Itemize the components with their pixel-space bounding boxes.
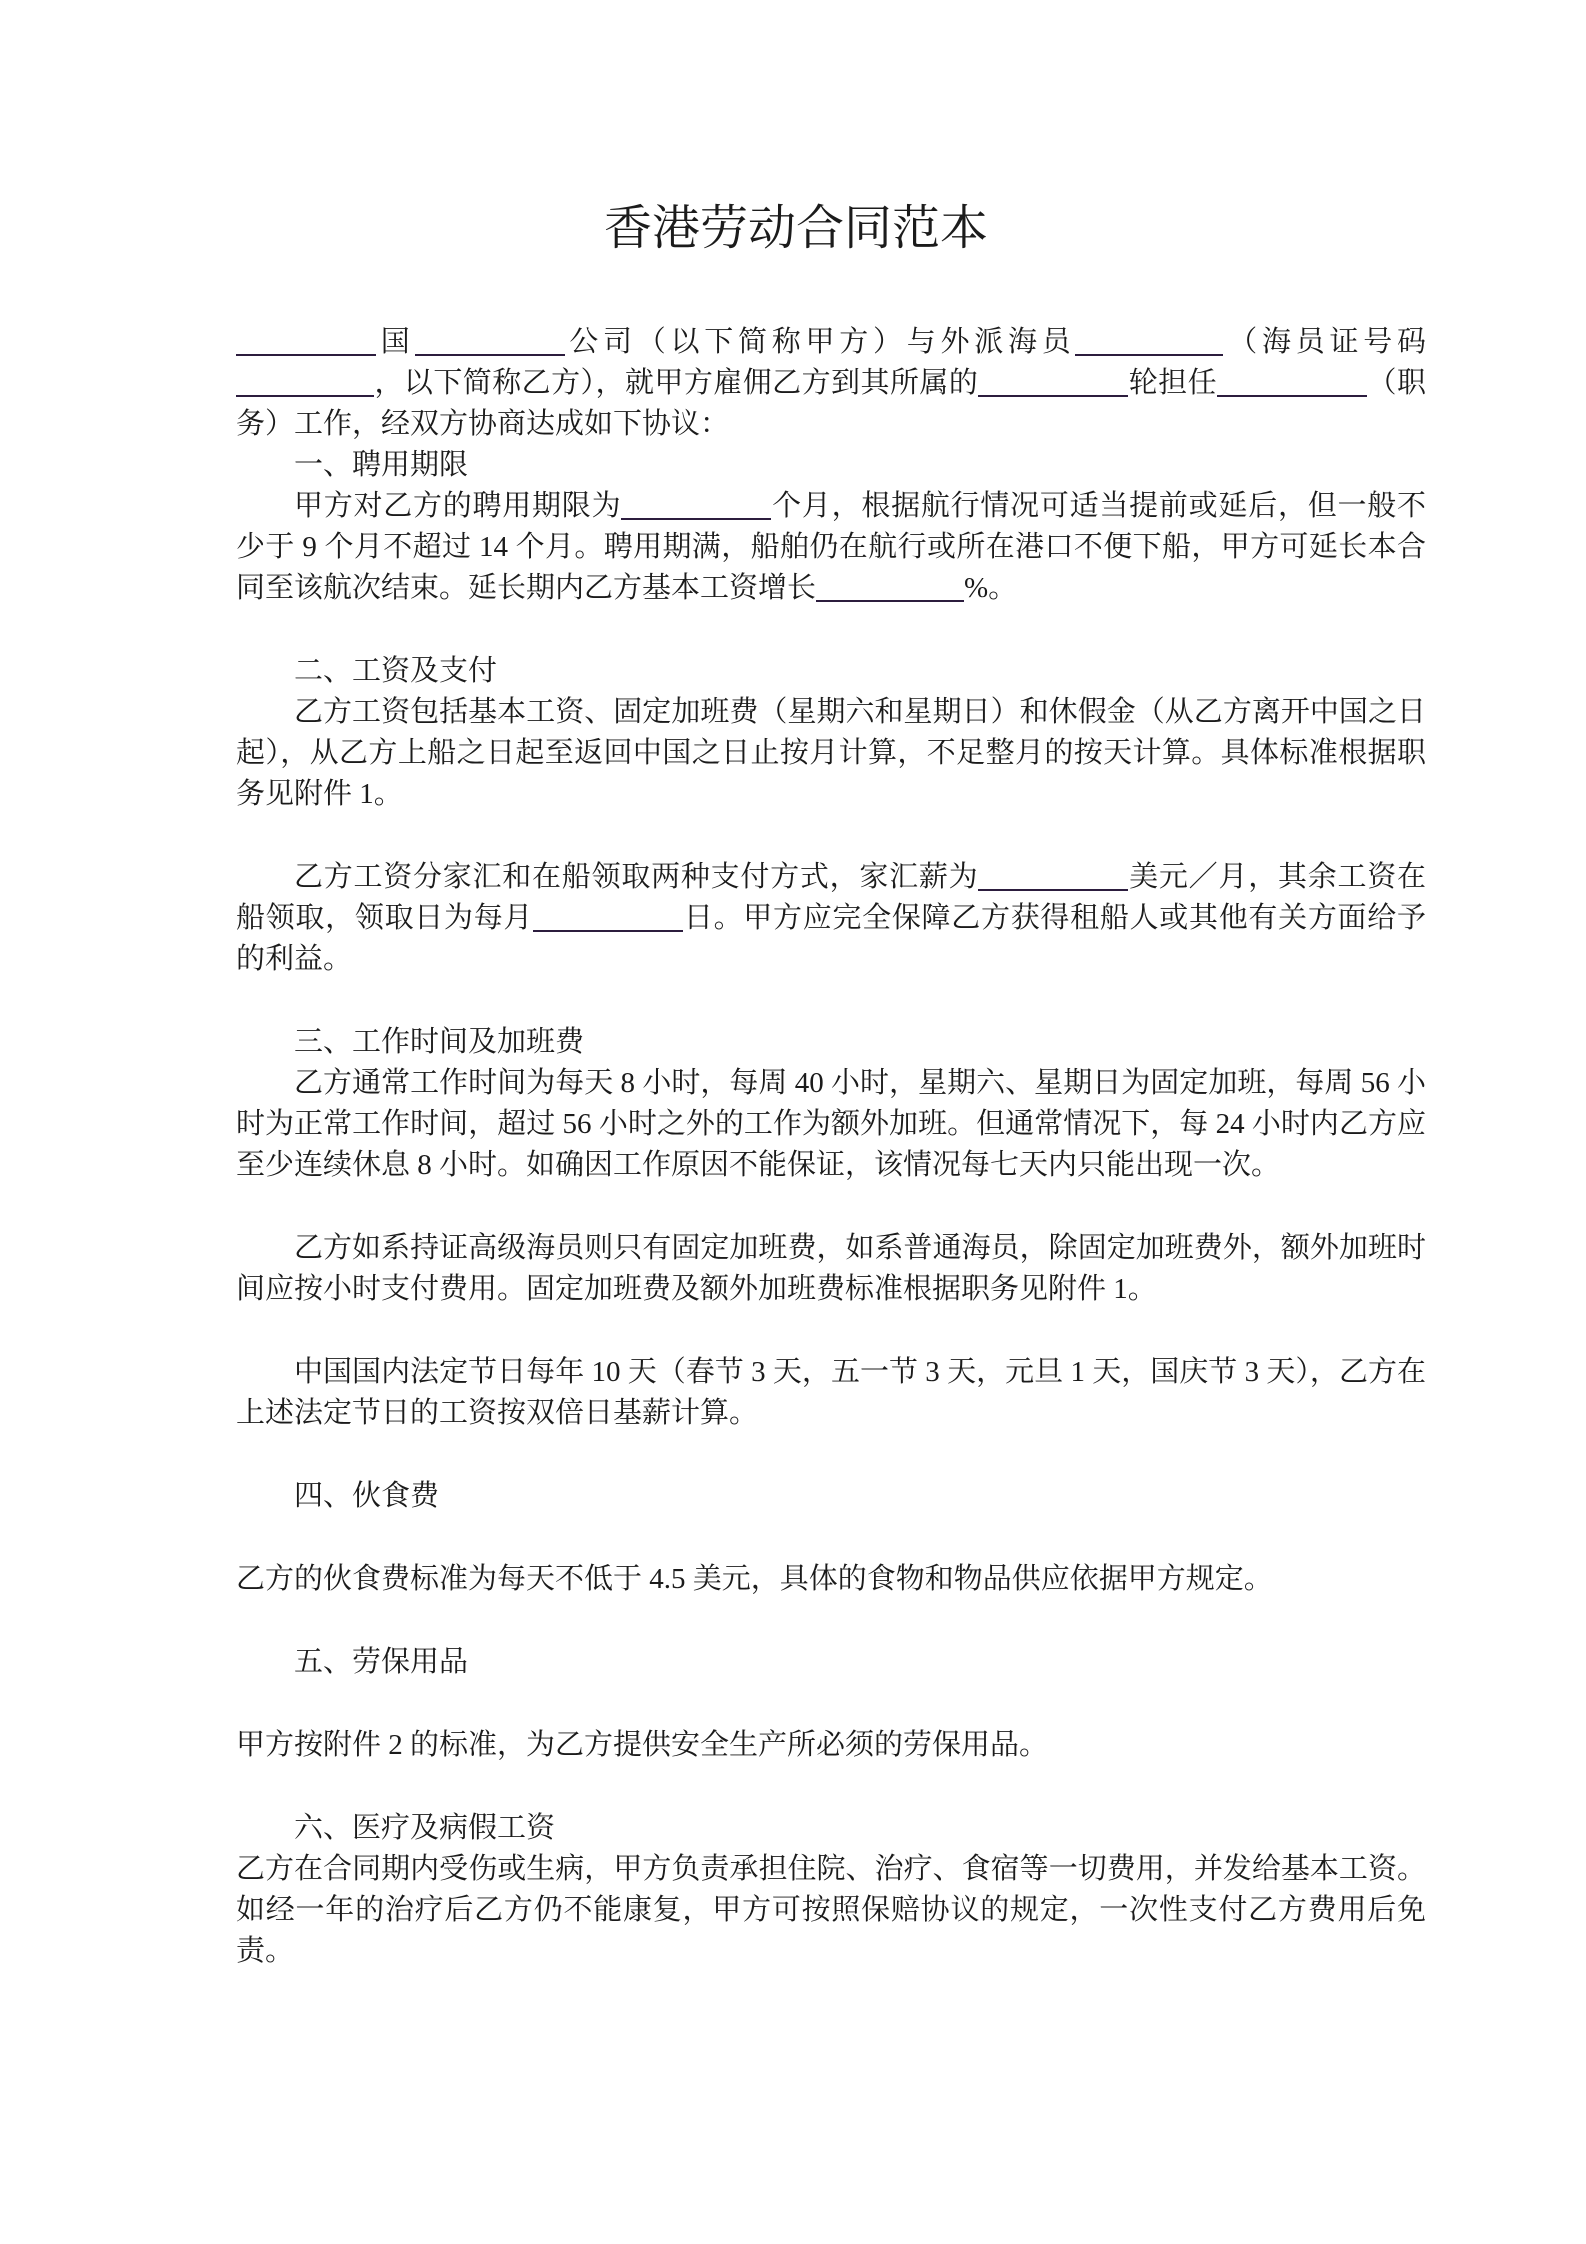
contract-page: 香港劳动合同范本 国公司（以下简称甲方）与外派海员（海员证号码，以下简称乙方），… xyxy=(0,0,1586,2244)
document-body: 国公司（以下简称甲方）与外派海员（海员证号码，以下简称乙方），就甲方雇佣乙方到其… xyxy=(236,322,1426,1972)
blank-line-spacer xyxy=(236,1186,1426,1228)
fill-in-blank xyxy=(621,516,771,520)
fill-in-blank xyxy=(236,393,374,397)
blank-line-spacer xyxy=(236,1517,1426,1559)
text-run: 乙方的伙食费标准为每天不低于 4.5 美元，具体的食物和物品供应依据甲方规定。 xyxy=(236,1563,1273,1595)
text-run: 乙方工资包括基本工资、固定加班费（星期六和星期日）和休假金（从乙方离开中国之日起… xyxy=(236,696,1426,810)
paragraph: 乙方的伙食费标准为每天不低于 4.5 美元，具体的食物和物品供应依据甲方规定。 xyxy=(236,1559,1426,1600)
text-run: %。 xyxy=(964,572,1017,604)
section-heading: 五、劳保用品 xyxy=(236,1642,1426,1683)
blank-line-spacer xyxy=(236,815,1426,857)
blank-line-spacer xyxy=(236,1434,1426,1476)
text-run: 乙方如系持证高级海员则只有固定加班费，如系普通海员，除固定加班费外，额外加班时间… xyxy=(236,1232,1426,1305)
text-run: ，以下简称乙方），就甲方雇佣乙方到其所属的 xyxy=(374,367,978,399)
blank-line-spacer xyxy=(236,609,1426,651)
section-heading: 一、聘用期限 xyxy=(236,445,1426,486)
fill-in-blank xyxy=(236,352,376,356)
fill-in-blank xyxy=(978,393,1128,397)
blank-line-spacer xyxy=(236,1766,1426,1808)
paragraph: 乙方在合同期内受伤或生病，甲方负责承担住院、治疗、食宿等一切费用，并发给基本工资… xyxy=(236,1849,1426,1972)
text-run: 甲方按附件 2 的标准，为乙方提供安全生产所必须的劳保用品。 xyxy=(236,1729,1048,1761)
section-heading: 六、医疗及病假工资 xyxy=(236,1808,1426,1849)
text-run: 公司（以下简称甲方）与外派海员 xyxy=(565,326,1076,358)
fill-in-blank xyxy=(816,598,964,602)
blank-line-spacer xyxy=(236,1683,1426,1725)
fill-in-blank xyxy=(978,887,1128,891)
text-run: 乙方工资分家汇和在船领取两种支付方式，家汇薪为 xyxy=(294,861,978,893)
text-run: 乙方在合同期内受伤或生病，甲方负责承担住院、治疗、食宿等一切费用，并发给基本工资… xyxy=(236,1853,1426,1967)
paragraph: 乙方通常工作时间为每天 8 小时，每周 40 小时，星期六、星期日为固定加班，每… xyxy=(236,1063,1426,1186)
text-run: 甲方对乙方的聘用期限为 xyxy=(294,490,621,522)
blank-line-spacer xyxy=(236,1310,1426,1352)
fill-in-blank xyxy=(1075,352,1223,356)
paragraph: 甲方按附件 2 的标准，为乙方提供安全生产所必须的劳保用品。 xyxy=(236,1725,1426,1766)
text-run: 轮担任 xyxy=(1128,367,1217,399)
paragraph: 乙方如系持证高级海员则只有固定加班费，如系普通海员，除固定加班费外，额外加班时间… xyxy=(236,1228,1426,1310)
paragraph: 中国国内法定节日每年 10 天（春节 3 天，五一节 3 天，元旦 1 天，国庆… xyxy=(236,1352,1426,1434)
section-heading: 二、工资及支付 xyxy=(236,651,1426,692)
text-run: 乙方通常工作时间为每天 8 小时，每周 40 小时，星期六、星期日为固定加班，每… xyxy=(236,1067,1426,1181)
paragraph: 乙方工资分家汇和在船领取两种支付方式，家汇薪为美元／月，其余工资在船领取，领取日… xyxy=(236,857,1426,980)
fill-in-blank xyxy=(415,352,565,356)
paragraph: 国公司（以下简称甲方）与外派海员（海员证号码，以下简称乙方），就甲方雇佣乙方到其… xyxy=(236,322,1426,445)
document-title: 香港劳动合同范本 xyxy=(236,200,1356,258)
section-heading: 四、伙食费 xyxy=(236,1476,1426,1517)
paragraph: 乙方工资包括基本工资、固定加班费（星期六和星期日）和休假金（从乙方离开中国之日起… xyxy=(236,692,1426,815)
text-run: 中国国内法定节日每年 10 天（春节 3 天，五一节 3 天，元旦 1 天，国庆… xyxy=(236,1356,1426,1429)
blank-line-spacer xyxy=(236,980,1426,1022)
section-heading: 三、工作时间及加班费 xyxy=(236,1022,1426,1063)
text-run: 国 xyxy=(376,326,415,358)
blank-line-spacer xyxy=(236,1600,1426,1642)
paragraph: 甲方对乙方的聘用期限为个月，根据航行情况可适当提前或延后，但一般不少于 9 个月… xyxy=(236,486,1426,609)
text-run: （海员证号码 xyxy=(1223,326,1426,358)
fill-in-blank xyxy=(1217,393,1367,397)
fill-in-blank xyxy=(533,928,683,932)
